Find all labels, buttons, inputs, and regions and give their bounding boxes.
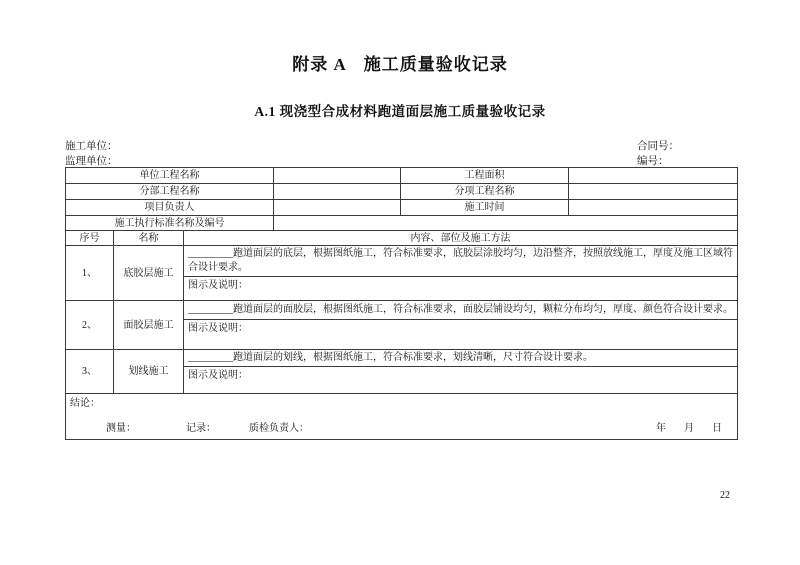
conclusion-row: 结论： 测量： 记录： 质检负责人： 年 月 日: [66, 394, 738, 440]
item-2-name: 面胶层施工: [114, 301, 184, 350]
division-project-name-value: [274, 184, 401, 200]
construction-time-value: [569, 200, 738, 216]
project-manager-value: [274, 200, 401, 216]
conclusion-cell: 结论： 测量： 记录： 质检负责人： 年 月 日: [66, 394, 738, 440]
item-2-no: 2、: [66, 301, 114, 350]
item-3-description-text: 跑道面层的划线，根据图纸施工，符合标准要求，划线清晰，尺寸符合设计要求。: [233, 352, 593, 363]
sub-project-name-label: 分项工程名称: [401, 184, 569, 200]
item-1-description-text: 跑道面层的底层，根据图纸施工，符合标准要求，底胶层涂胶均匀，边沿整齐，按照放线施…: [188, 248, 733, 273]
sub-project-name-value: [569, 184, 738, 200]
col-header-no: 序号: [66, 231, 114, 246]
page-number: 22: [710, 490, 740, 501]
item-1-name: 底胶层施工: [114, 246, 184, 301]
project-area-label: 工程面积: [401, 168, 569, 184]
construction-time-label: 施工时间: [401, 200, 569, 216]
signature-row: 测量： 记录： 质检负责人： 年 月 日: [66, 422, 737, 435]
month-label: 月: [684, 422, 694, 435]
contract-no-label: 合同号：: [637, 138, 737, 153]
conclusion-label: 结论：: [70, 398, 100, 409]
item-1-note-label: 图示及说明：: [184, 277, 738, 301]
date-fields: 年 月 日: [656, 422, 722, 435]
items-header-row: 序号 名称 内容、部位及施工方法: [66, 231, 738, 246]
item-1-description: _________跑道面层的底层，根据图纸施工，符合标准要求，底胶层涂胶均匀，边…: [184, 246, 738, 277]
supervision-unit-label: 监理单位：: [65, 153, 118, 168]
section-title: A.1 现浇型合成材料跑道面层施工质量验收记录: [0, 100, 800, 120]
standard-name-label: 施工执行标准名称及编号: [66, 216, 274, 231]
item-3-no: 3、: [66, 350, 114, 394]
unit-project-name-value: [274, 168, 401, 184]
form-tables: 单位工程名称 工程面积 分部工程名称 分项工程名称 项目负责人 施工时间 施工执…: [65, 167, 737, 440]
meta-line-1: 施工单位： 合同号：: [65, 138, 737, 153]
day-label: 日: [712, 422, 722, 435]
item-row-1: 1、 底胶层施工 _________跑道面层的底层，根据图纸施工，符合标准要求，…: [66, 246, 738, 277]
unit-project-name-label: 单位工程名称: [66, 168, 274, 184]
item-3-name: 划线施工: [114, 350, 184, 394]
doc-no-label: 编号：: [637, 153, 737, 168]
qc-manager-label: 质检负责人：: [249, 422, 309, 435]
info-row-division: 分部工程名称 分项工程名称: [66, 184, 738, 200]
item-3-description: _________跑道面层的划线，根据图纸施工，符合标准要求，划线清晰，尺寸符合…: [184, 350, 738, 367]
project-area-value: [569, 168, 738, 184]
page-title: 附录 A 施工质量验收记录: [0, 50, 800, 75]
item-2-description-text: 跑道面层的面胶层，根据图纸施工，符合标准要求，面胶层铺设均匀，颗粒分布均匀，厚度…: [233, 304, 733, 315]
project-manager-label: 项目负责人: [66, 200, 274, 216]
col-header-content: 内容、部位及施工方法: [184, 231, 738, 246]
division-project-name-label: 分部工程名称: [66, 184, 274, 200]
meta-line-2: 监理单位： 编号：: [65, 153, 737, 168]
item-2-note-label: 图示及说明：: [184, 320, 738, 350]
fill-in-blank: _________: [188, 352, 233, 363]
fill-in-blank: _________: [188, 304, 233, 315]
info-row-manager: 项目负责人 施工时间: [66, 200, 738, 216]
item-row-3: 3、 划线施工 _________跑道面层的划线，根据图纸施工，符合标准要求，划…: [66, 350, 738, 367]
document-page: 附录 A 施工质量验收记录 A.1 现浇型合成材料跑道面层施工质量验收记录 施工…: [0, 0, 800, 565]
project-info-table: 单位工程名称 工程面积 分部工程名称 分项工程名称 项目负责人 施工时间 施工执…: [65, 167, 738, 231]
fill-in-blank: _________: [188, 248, 233, 259]
info-row-standard: 施工执行标准名称及编号: [66, 216, 738, 231]
record-label: 记录：: [186, 422, 216, 435]
acceptance-items-table: 序号 名称 内容、部位及施工方法 1、 底胶层施工 _________跑道面层的…: [65, 230, 738, 440]
construction-unit-label: 施工单位：: [65, 138, 118, 153]
item-3-note-label: 图示及说明：: [184, 367, 738, 394]
info-row-unit: 单位工程名称 工程面积: [66, 168, 738, 184]
item-1-no: 1、: [66, 246, 114, 301]
col-header-name: 名称: [114, 231, 184, 246]
standard-name-value: [274, 216, 738, 231]
item-row-2: 2、 面胶层施工 _________跑道面层的面胶层，根据图纸施工，符合标准要求…: [66, 301, 738, 320]
year-label: 年: [656, 422, 666, 435]
measure-label: 测量：: [106, 422, 136, 435]
item-2-description: _________跑道面层的面胶层，根据图纸施工，符合标准要求，面胶层铺设均匀，…: [184, 301, 738, 320]
